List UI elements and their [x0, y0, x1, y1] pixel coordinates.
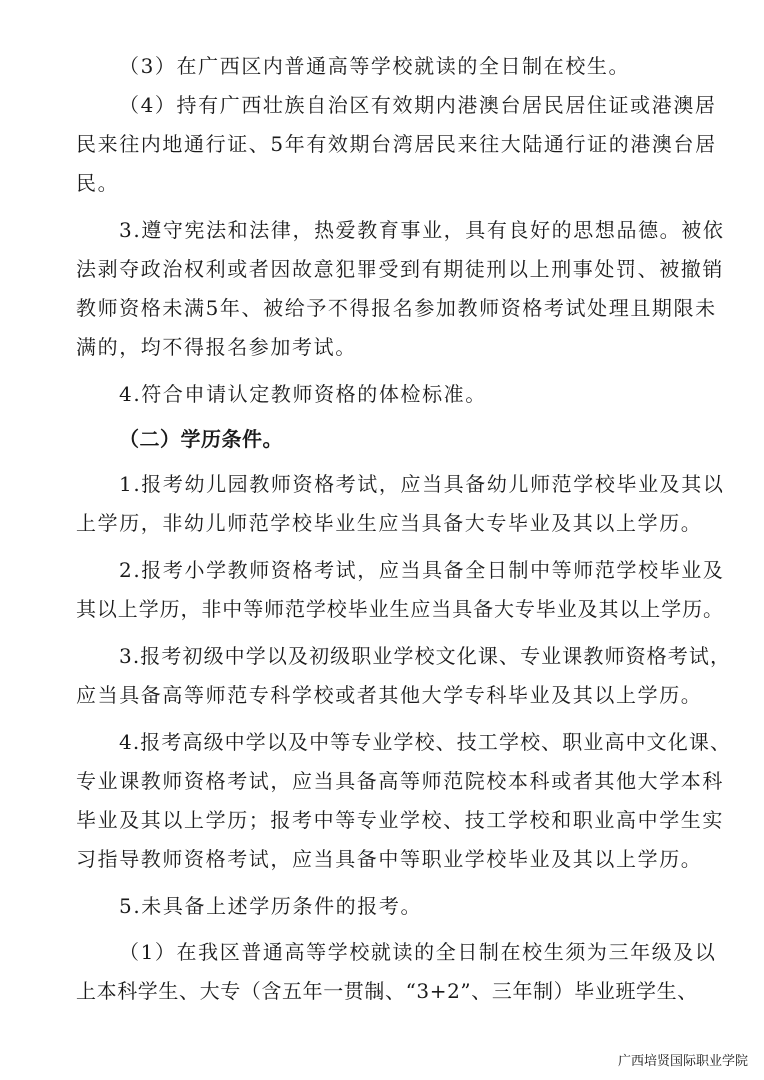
text-line: 应当具备高等师范专科学校或者其他大学专科毕业及其以上学历。 [76, 683, 702, 707]
text-line: 教师资格未满5年、被给予不得报名参加教师资格考试处理且期限未 [76, 296, 717, 320]
text-line: 4.报考高级中学以及中等专业学校、技工学校、职业高中文化课、 [119, 730, 731, 754]
text-line: 其以上学历，非中等师范学校毕业生应当具备大专毕业及其以上学历。 [76, 597, 724, 621]
text-line: （4）持有广西壮族自治区有效期内港澳台居民居住证或港澳居 [119, 93, 717, 117]
text-line: （3）在广西区内普通高等学校就读的全日制在校生。 [119, 54, 630, 78]
page-number: 2 [376, 988, 382, 1000]
text-line: 毕业及其以上学历；报考中等专业学校、技工学校和职业高中学生实 [76, 808, 724, 832]
text-line: 满的，均不得报名参加考试。 [76, 335, 357, 359]
text-line: 上学历，非幼儿师范学校毕业生应当具备大专毕业及其以上学历。 [76, 511, 702, 535]
text-line: 专业课教师资格考试，应当具备高等师范院校本科或者其他大学本科 [76, 769, 724, 793]
text-line: 习指导教师资格考试，应当具备中等职业学校毕业及其以上学历。 [76, 847, 702, 871]
text-line: 民来往内地通行证、5年有效期台湾居民来往大陆通行证的港澳台居 [76, 132, 717, 156]
text-line: （1）在我区普通高等学校就读的全日制在校生须为三年级及以 [119, 940, 717, 964]
text-line: 2.报考小学教师资格考试，应当具备全日制中等师范学校毕业及 [119, 558, 724, 582]
watermark-text: 广西培贤国际职业学院 [618, 1050, 748, 1069]
text-line: 1.报考幼儿园教师资格考试，应当具备幼儿师范学校毕业及其以 [119, 472, 724, 496]
text-line: 4.符合申请认定教师资格的体检标准。 [119, 382, 487, 406]
text-line: 民。 [76, 171, 119, 195]
text-line: 3.遵守宪法和法律，热爱教育事业，具有良好的思想品德。被依 [119, 218, 724, 242]
text-line: 上本科学生、大专（含五年一贯制、“3+2”、三年制）毕业班学生、 [76, 979, 698, 1003]
section-heading: （二）学历条件。 [119, 427, 283, 451]
text-line: 5.未具备上述学历条件的报考。 [119, 894, 422, 918]
text-line: 3.报考初级中学以及初级职业学校文化课、专业课教师资格考试， [119, 644, 731, 668]
text-line: 法剥夺政治权利或者因故意犯罪受到有期徒刑以上刑事处罚、被撤销 [76, 257, 724, 281]
